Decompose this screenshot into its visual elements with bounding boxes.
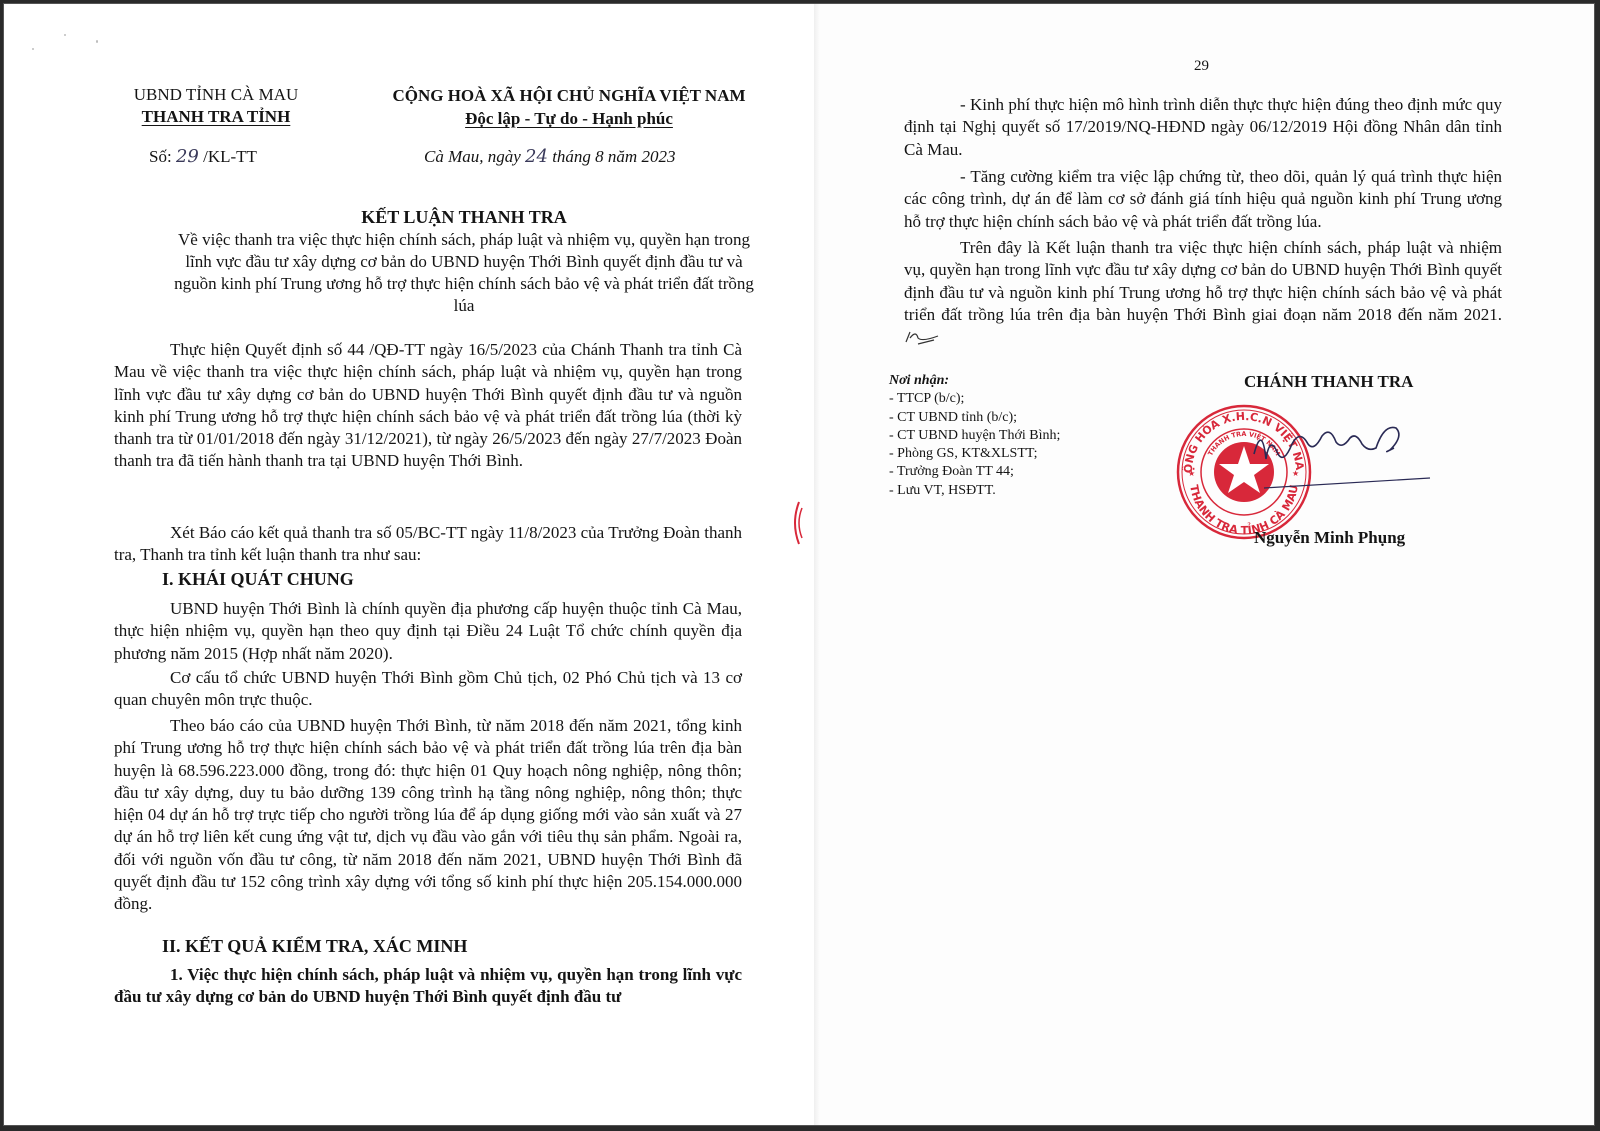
section-2-subheading: 1. Việc thực hiện chính sách, pháp luật … [114,964,742,1009]
recipient-item: - Phòng GS, KT&XLSTT; [889,445,1060,463]
intro-paragraph: Thực hiện Quyết định số 44 /QĐ-TT ngày 1… [114,339,742,473]
recipient-item: - Lưu VT, HSĐTT. [889,482,1060,500]
svg-text:★: ★ [1188,469,1195,478]
seal-edge-mark [789,500,803,546]
signer-name: Nguyễn Minh Phụng [1254,528,1405,548]
scanned-document: UBND TỈNH CÀ MAU THANH TRA TỈNH CỘNG HOÀ… [3,3,1595,1126]
recipients-list: Nơi nhận: - TTCP (b/c); - CT UBND tỉnh (… [889,372,1060,500]
section-1-paragraph: Theo báo cáo của UBND huyện Thới Bình, t… [114,715,742,916]
right-paragraph: - Kinh phí thực hiện mô hình trình diễn … [904,94,1502,161]
agency-name: THANH TRA TỈNH [116,106,316,128]
section-1-heading: I. KHÁI QUÁT CHUNG [162,569,790,590]
page-number: 29 [1194,58,1209,75]
issuing-agency: UBND TỈNH CÀ MAU THANH TRA TỈNH [116,84,316,128]
signature-icon [1244,404,1434,494]
signer-title: CHÁNH THANH TRA [1244,372,1413,392]
agency-province: UBND TỈNH CÀ MAU [116,84,316,106]
motto: Độc lập - Tự do - Hạnh phúc [374,107,764,130]
right-page: 29 - Kinh phí thực hiện mô hình trình di… [814,4,1594,1125]
section-1-paragraph: Cơ cấu tổ chức UBND huyện Thới Bình gồm … [114,667,742,712]
left-page: UBND TỈNH CÀ MAU THANH TRA TỈNH CỘNG HOÀ… [4,4,814,1125]
report-paragraph: Xét Báo cáo kết quả thanh tra số 05/BC-T… [114,522,742,567]
handwritten-number: 29 [176,146,199,167]
right-paragraph: - Tăng cường kiểm tra việc lập chứng từ,… [904,166,1502,233]
document-title: KẾT LUẬN THANH TRA [184,207,744,228]
national-motto: CỘNG HOÀ XÃ HỘI CHỦ NGHĨA VIỆT NAM Độc l… [374,84,764,130]
document-date: Cà Mau, ngày 24 tháng 8 năm 2023 [424,146,675,167]
country-name: CỘNG HOÀ XÃ HỘI CHỦ NGHĨA VIỆT NAM [374,84,764,107]
handwritten-day: 24 [525,146,548,167]
recipient-item: - CT UBND huyện Thới Bình; [889,427,1060,445]
section-1-paragraph: UBND huyện Thới Bình là chính quyền địa … [114,598,742,665]
closing-paragraph: Trên đây là Kết luận thanh tra việc thực… [904,237,1502,348]
recipients-label: Nơi nhận: [889,372,1060,390]
document-number: Số: 29 /KL-TT [149,146,257,167]
recipient-item: - Trưởng Đoàn TT 44; [889,463,1060,481]
section-2-heading: II. KẾT QUẢ KIỂM TRA, XÁC MINH [162,936,790,957]
recipient-item: - CT UBND tỉnh (b/c); [889,409,1060,427]
document-subtitle: Về việc thanh tra việc thực hiện chính s… [164,229,764,317]
recipient-item: - TTCP (b/c); [889,390,1060,408]
initials-mark [904,328,940,346]
